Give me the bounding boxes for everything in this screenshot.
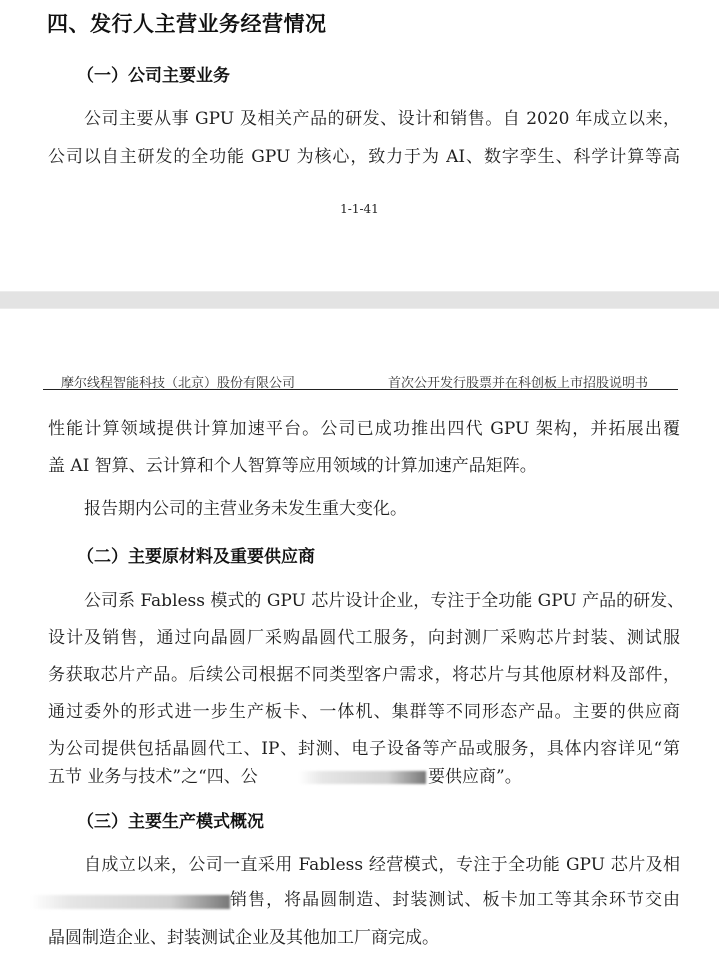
paragraph-line: 性能计算领域提供计算加速平台。公司已成功推出四代 GPU 架构，并拓展出覆: [48, 417, 680, 441]
text-before-redaction: 五节 业务与技术”之“四、公: [48, 767, 258, 787]
text-after-redaction: 要供应商”。: [428, 765, 522, 789]
subsection-title-production-mode: （三）主要生产模式概况: [77, 807, 264, 832]
paragraph-line: 务获取芯片产品。后续公司根据不同类型客户需求，将芯片与其他原材料及部件，: [48, 663, 680, 687]
section-title: 四、发行人主营业务经营情况: [47, 8, 327, 38]
paragraph-unchanged-business: 报告期内公司的主营业务未发生重大变化。: [84, 497, 680, 521]
paragraph-line: 自成立以来，公司一直采用 Fabless 经营模式，专注于全功能 GPU 芯片及…: [84, 853, 680, 877]
paragraph-line: 为公司提供包括晶圆代工、IP、封测、电子设备等产品或服务，具体内容详见“第: [48, 737, 680, 761]
blurred-redaction: [298, 771, 426, 784]
paragraph-line: 公司系 Fabless 模式的 GPU 芯片设计企业，专注于全功能 GPU 产品…: [84, 589, 680, 613]
text-after-redaction: 销售，将晶圆制造、封装测试、板卡加工等其余环节交由: [230, 888, 680, 912]
blurred-redaction: [30, 895, 230, 909]
page-separator: [0, 291, 719, 309]
subsection-title-main-business: （一）公司主要业务: [77, 61, 230, 86]
paragraph-line: 晶圆制造企业、封装测试企业及其他加工厂商完成。: [48, 926, 680, 950]
page-number: 1-1-41: [0, 202, 719, 216]
paragraph-line: 盖 AI 智算、云计算和个人智算等应用领域的计算加速产品矩阵。: [48, 454, 680, 478]
paragraph-line: 设计及销售，通过向晶圆厂采购晶圆代工服务，向封测厂采购芯片封装、测试服: [48, 626, 680, 650]
paragraph-line: 通过委外的形式进一步生产板卡、一体机、集群等不同形态产品。主要的供应商: [48, 700, 680, 724]
paragraph-line: 公司以自主研发的全功能 GPU 为核心，致力于为 AI、数字孪生、科学计算等高: [48, 145, 680, 169]
paragraph-line-partial: 五节 业务与技术”之“四、公: [48, 765, 258, 789]
paragraph-line: 公司主要从事 GPU 及相关产品的研发、设计和销售。自 2020 年成立以来，: [84, 107, 680, 131]
header-rule: [43, 389, 678, 390]
subsection-title-raw-materials: （二）主要原材料及重要供应商: [77, 542, 315, 567]
